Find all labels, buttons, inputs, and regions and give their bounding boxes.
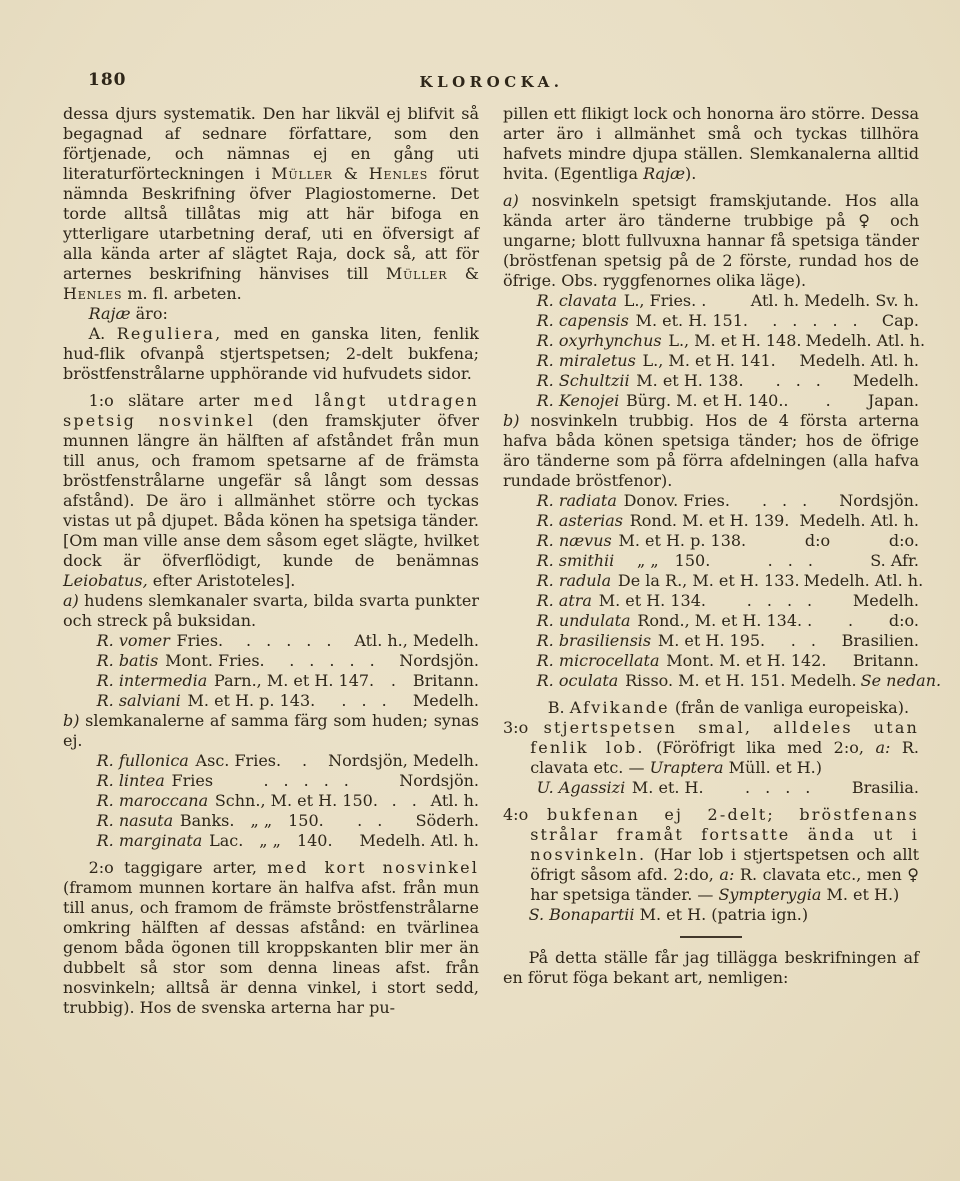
- species-locality: Medelh. Atl. h.: [359, 831, 479, 851]
- species-name: R. fullonica: [97, 751, 189, 771]
- dot-leader: [776, 351, 800, 371]
- right-column: pillen ett flikigt lock och honorna äro …: [503, 104, 919, 1018]
- species-locality: Atl. h., Medelh.: [354, 631, 479, 651]
- species-name: R. smithii: [537, 551, 615, 571]
- species-list: U. AgassiziM. et. H.. . . .Brasilia.: [503, 778, 919, 798]
- species-row: R. capensisM. et. H. 151.. . . . .Cap.: [503, 311, 919, 331]
- species-locality: Japan.: [868, 391, 919, 411]
- species-locality: Atl. h. Medelh. Sv. h.: [751, 291, 919, 311]
- species-row: R. vomerFries.. . . . .Atl. h., Medelh.: [63, 631, 479, 651]
- text-segment: Rajæ: [89, 304, 131, 323]
- running-title: KLOROCKA.: [63, 73, 920, 91]
- species-authority: Mont. Fries.: [165, 651, 265, 671]
- species-row: R. KenojeiBürg. M. et H. 140...Japan.: [503, 391, 919, 411]
- dot-leader: . . . .: [706, 591, 853, 611]
- species-locality: Britann.: [413, 671, 479, 691]
- dot-leader: . . .: [744, 371, 853, 391]
- species-row: R. smithii „ „ 150.. . .S. Afr.: [503, 551, 919, 571]
- species-authority: Risso. M. et H. 151. Medelh.: [625, 671, 857, 691]
- species-row: R. SchultziiM. et H. 138.. . .Medelh.: [503, 371, 919, 391]
- species-row: R. radiataDonov. Fries.. . .Nordsjön.: [503, 491, 919, 511]
- text-segment: 3:o: [503, 718, 544, 737]
- species-name: R. oculata: [537, 671, 619, 691]
- dot-leader: . .: [765, 631, 841, 651]
- text-segment: 1:o slätare arter: [89, 391, 254, 410]
- dot-leader: .: [374, 671, 413, 691]
- text-segment: På detta ställe får jag tillägga beskrif…: [503, 948, 919, 987]
- species-authority: L., M. et H. 148.: [668, 331, 801, 351]
- section-divider: [680, 936, 742, 938]
- text-segment: 4:o: [503, 805, 547, 824]
- species-authority: Fries: [172, 771, 214, 791]
- paragraph: B. Afvikande (från de vanliga europeiska…: [503, 698, 919, 718]
- species-authority: Fries.: [177, 631, 224, 651]
- species-locality: d:o.: [889, 611, 919, 631]
- species-locality: Nordsjön.: [399, 651, 479, 671]
- text-segment: M. et H. (patria ign.): [634, 905, 808, 924]
- dot-leader: . . . . .: [213, 771, 399, 791]
- species-name: U. Agassizi: [537, 778, 626, 798]
- species-locality: Medelh.: [853, 591, 919, 611]
- species-list: R. fullonicaAsc. Fries..Nordsjön, Medelh…: [63, 751, 479, 851]
- text-segment: slemkanalerne af samma färg som huden; s…: [63, 711, 479, 750]
- species-locality: Atl. h.: [431, 791, 479, 811]
- dot-leader: [826, 651, 852, 671]
- text-segment: a): [503, 191, 519, 210]
- species-authority: M. et. H.: [632, 778, 704, 798]
- species-list: R. radiataDonov. Fries.. . .Nordsjön.R. …: [503, 491, 919, 691]
- paragraph: S. Bonapartii M. et H. (patria ign.): [503, 905, 919, 925]
- text-segment: hudens slemkanaler svarta, bilda svarta …: [63, 591, 479, 630]
- dot-leader: . . . . .: [265, 651, 400, 671]
- species-locality: Medelh. Atl. h.: [804, 571, 924, 591]
- text-segment: Henles: [63, 284, 122, 303]
- text-segment: pillen ett flikigt lock och honorna äro …: [503, 104, 919, 183]
- species-locality: Medelh. Atl. h.: [799, 511, 919, 531]
- text-segment: b): [503, 411, 519, 430]
- species-authority: M. et H. 138.: [636, 371, 743, 391]
- species-row: U. AgassiziM. et. H.. . . .Brasilia.: [503, 778, 919, 798]
- dot-leader: [789, 511, 799, 531]
- species-name: R. asterias: [537, 511, 623, 531]
- paragraph: 1:o slätare arter med långt utdragen spe…: [63, 391, 479, 591]
- text-segment: Rajæ: [643, 164, 685, 183]
- species-authority: M. et. H. 151.: [636, 311, 748, 331]
- species-name: R. radiata: [537, 491, 617, 511]
- dot-leader: [333, 831, 360, 851]
- species-locality: Brasilien.: [842, 631, 919, 651]
- species-authority: Lac. „ „ 140.: [209, 831, 333, 851]
- species-name: R. nasuta: [97, 811, 174, 831]
- species-authority: Banks. „ „ 150.: [180, 811, 324, 831]
- species-row: R. radulaDe la R., M. et H. 133.Medelh. …: [503, 571, 919, 591]
- species-name: R. clavata: [537, 291, 617, 311]
- dot-leader: . . . . .: [223, 631, 354, 651]
- dot-leader: d:o: [746, 531, 889, 551]
- dot-leader: .: [281, 751, 328, 771]
- species-locality: S. Afr.: [870, 551, 919, 571]
- text-segment: b): [63, 711, 79, 730]
- species-authority: „ „ 150.: [621, 551, 710, 571]
- species-name: R. marginata: [97, 831, 203, 851]
- text-segment: med kort nosvinkel: [267, 858, 479, 877]
- text-segment: (Föröfrigt lika med 2:o,: [645, 738, 876, 757]
- left-column: dessa djurs systematik. Den har likväl e…: [63, 104, 479, 1018]
- dot-leader: . . .: [730, 491, 839, 511]
- species-authority: M. et H. 134.: [599, 591, 706, 611]
- species-locality: Medelh. Atl. h.: [805, 331, 925, 351]
- dot-leader: .: [789, 391, 868, 411]
- paragraph: 4:o bukfenan ej 2-delt; bröstfenans strå…: [503, 805, 919, 905]
- paragraph: b) slemkanalerne af samma färg som huden…: [63, 711, 479, 751]
- species-row: R. maroccanaSchn., M. et H. 150.. .Atl. …: [63, 791, 479, 811]
- species-authority: Parn., M. et H. 147.: [214, 671, 374, 691]
- text-block: dessa djurs systematik. Den har likväl e…: [63, 104, 920, 1018]
- dot-leader: . . . .: [704, 778, 852, 798]
- species-row: R. salvianiM. et H. p. 143.. . .Medelh.: [63, 691, 479, 711]
- species-row: R. oxyrhynchusL., M. et H. 148.Medelh. A…: [503, 331, 919, 351]
- species-locality: Söderh.: [416, 811, 479, 831]
- text-segment: nosvinkeln trubbig. Hos de 4 första arte…: [503, 411, 919, 490]
- species-row: R. atraM. et H. 134.. . . .Medelh.: [503, 591, 919, 611]
- species-name: R. capensis: [537, 311, 629, 331]
- species-row: R. intermediaParn., M. et H. 147..Britan…: [63, 671, 479, 691]
- species-name: R. nævus: [537, 531, 612, 551]
- text-segment: a): [63, 591, 79, 610]
- book-page: 180 KLOROCKA. dessa djurs systematik. De…: [0, 0, 960, 1181]
- paragraph: Rajæ äro:: [63, 304, 479, 324]
- species-name: R. Kenojei: [537, 391, 620, 411]
- species-list: R. vomerFries.. . . . .Atl. h., Medelh.R…: [63, 631, 479, 711]
- species-authority: Asc. Fries.: [196, 751, 282, 771]
- text-segment: äro:: [131, 304, 168, 323]
- text-segment: Afvikande: [570, 698, 670, 717]
- text-segment: Henles: [369, 164, 428, 183]
- text-segment: Müller: [271, 164, 332, 183]
- species-locality: Cap.: [882, 311, 919, 331]
- paragraph: pillen ett flikigt lock och honorna äro …: [503, 104, 919, 184]
- paragraph: dessa djurs systematik. Den har likväl e…: [63, 104, 479, 304]
- paragraph: b) nosvinkeln trubbig. Hos de 4 första a…: [503, 411, 919, 491]
- text-segment: A.: [89, 324, 117, 343]
- species-authority: Bürg. M. et H. 140..: [626, 391, 789, 411]
- species-authority: Rond., M. et H. 134. .: [637, 611, 812, 631]
- paragraph: 2:o taggigare arter, med kort nosvinkel …: [63, 858, 479, 1018]
- paragraph: A. Reguliera, med en ganska liten, fenli…: [63, 324, 479, 384]
- species-row: R. linteaFries. . . . .Nordsjön.: [63, 771, 479, 791]
- text-segment: Leiobatus,: [63, 571, 148, 590]
- species-authority: Donov. Fries.: [624, 491, 730, 511]
- species-name: R. vomer: [97, 631, 170, 651]
- species-name: R. atra: [537, 591, 592, 611]
- text-segment: efter Aristoteles].: [148, 571, 296, 590]
- text-segment: &: [333, 164, 369, 183]
- species-locality: Brasilia.: [852, 778, 919, 798]
- text-segment: (den framskjuter öfver munnen längre än …: [63, 411, 479, 570]
- species-authority: M. et H. p. 143.: [188, 691, 316, 711]
- text-segment: ).: [685, 164, 696, 183]
- dot-leader: .: [812, 611, 889, 631]
- species-name: R. microcellata: [537, 651, 660, 671]
- species-authority: De la R., M. et H. 133.: [618, 571, 800, 591]
- species-authority: M. et H. 195.: [658, 631, 765, 651]
- text-segment: &: [447, 264, 479, 283]
- species-authority: M. et H. p. 138.: [618, 531, 746, 551]
- species-name: R. radula: [537, 571, 612, 591]
- species-locality: Nordsjön.: [399, 771, 479, 791]
- text-segment: (från de vanliga europeiska).: [670, 698, 909, 717]
- dot-leader: . .: [378, 791, 431, 811]
- species-locality: Medelh. Atl. h.: [799, 351, 919, 371]
- species-list: R. clavataL., Fries. .Atl. h. Medelh. Sv…: [503, 291, 919, 411]
- species-name: R. miraletus: [537, 351, 636, 371]
- species-name: R. undulata: [537, 611, 631, 631]
- dot-leader: . .: [324, 811, 416, 831]
- species-locality: d:o.: [889, 531, 919, 551]
- species-locality: Se nedan.: [861, 671, 941, 691]
- species-row: R. microcellataMont. M. et H. 142.Britan…: [503, 651, 919, 671]
- species-name: R. oxyrhynchus: [537, 331, 662, 351]
- species-row: R. fullonicaAsc. Fries..Nordsjön, Medelh…: [63, 751, 479, 771]
- species-authority: Mont. M. et H. 142.: [666, 651, 826, 671]
- species-name: R. salviani: [97, 691, 181, 711]
- species-row: R. nævusM. et H. p. 138.d:od:o.: [503, 531, 919, 551]
- text-segment: Reguliera,: [117, 324, 223, 343]
- text-segment: Müller: [386, 264, 447, 283]
- species-row: R. oculataRisso. M. et H. 151. Medelh.Se…: [503, 671, 919, 691]
- species-locality: Medelh.: [853, 371, 919, 391]
- species-authority: Rond. M. et H. 139.: [630, 511, 790, 531]
- text-segment: 2:o taggigare arter,: [89, 858, 268, 877]
- species-locality: Nordsjön, Medelh.: [328, 751, 479, 771]
- species-row: R. asteriasRond. M. et H. 139.Medelh. At…: [503, 511, 919, 531]
- dot-leader: . . .: [710, 551, 870, 571]
- text-segment: nosvinkeln spetsigt framskjutande. Hos a…: [503, 191, 919, 290]
- dot-leader: . . . . .: [748, 311, 882, 331]
- text-segment: a:: [719, 865, 734, 884]
- text-segment: Müll. et H.): [724, 758, 822, 777]
- species-row: R. marginataLac. „ „ 140.Medelh. Atl. h.: [63, 831, 479, 851]
- paragraph: 3:o stjertspetsen smal, alldeles utan fe…: [503, 718, 919, 778]
- text-segment: Uraptera: [650, 758, 724, 777]
- species-row: R. batisMont. Fries.. . . . .Nordsjön.: [63, 651, 479, 671]
- species-locality: Medelh.: [413, 691, 479, 711]
- text-segment: a:: [875, 738, 890, 757]
- species-name: R. intermedia: [97, 671, 208, 691]
- species-authority: L., Fries. .: [624, 291, 707, 311]
- species-name: R. Schultzii: [537, 371, 630, 391]
- species-row: R. brasiliensisM. et H. 195.. .Brasilien…: [503, 631, 919, 651]
- species-name: R. lintea: [97, 771, 165, 791]
- species-authority: Schn., M. et H. 150.: [215, 791, 378, 811]
- species-authority: L., M. et H. 141.: [643, 351, 776, 371]
- paragraph: a) hudens slemkanaler svarta, bilda svar…: [63, 591, 479, 631]
- dot-leader: [706, 291, 750, 311]
- species-locality: Nordsjön.: [839, 491, 919, 511]
- species-name: R. batis: [97, 651, 159, 671]
- text-segment: B.: [548, 698, 570, 717]
- species-name: R. brasiliensis: [537, 631, 652, 651]
- text-segment: (framom munnen kortare än halfva afst. f…: [63, 878, 479, 1017]
- dot-leader: . . .: [315, 691, 413, 711]
- species-locality: Britann.: [853, 651, 919, 671]
- species-row: R. undulataRond., M. et H. 134. ..d:o.: [503, 611, 919, 631]
- species-name: R. maroccana: [97, 791, 209, 811]
- species-row: R. nasutaBanks. „ „ 150.. .Söderh.: [63, 811, 479, 831]
- paragraph: a) nosvinkeln spetsigt framskjutande. Ho…: [503, 191, 919, 291]
- text-segment: m. fl. arbeten.: [122, 284, 241, 303]
- species-row: R. clavataL., Fries. .Atl. h. Medelh. Sv…: [503, 291, 919, 311]
- text-segment: S. Bonapartii: [529, 905, 635, 924]
- species-row: R. miraletusL., M. et H. 141.Medelh. Atl…: [503, 351, 919, 371]
- paragraph: På detta ställe får jag tillägga beskrif…: [503, 948, 919, 988]
- text-segment: Sympterygia: [718, 885, 821, 904]
- text-segment: M. et H.): [821, 885, 899, 904]
